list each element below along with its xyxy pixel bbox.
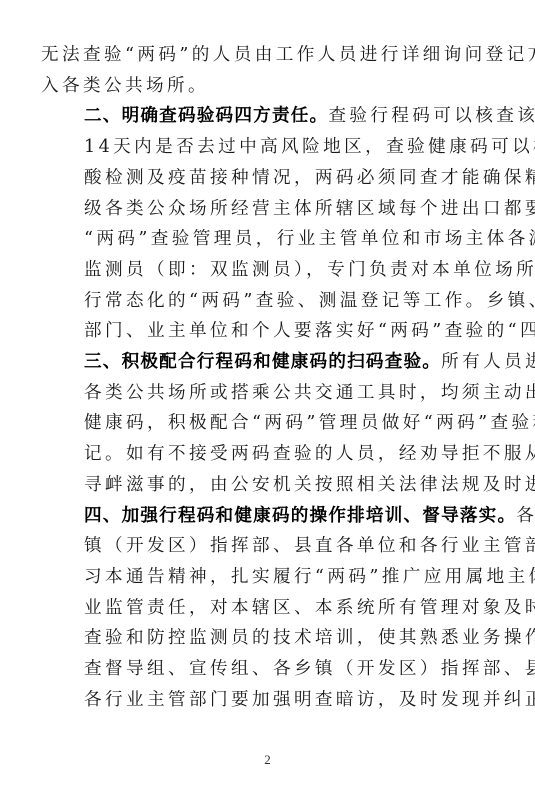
text-line: 监测员（即：双监测员），专门负责对本单位场所进入人员进: [41, 255, 492, 286]
paragraph-section-2: 二、明确查码验码四方责任。查验行程码可以核查该人员 14天内是否去过中高风险地区…: [41, 101, 492, 347]
text-line: 各行业主管部门要加强明查暗访，及时发现并纠正本辖区、本: [41, 685, 492, 716]
text-line: 健康码，积极配合“两码”管理员做好“两码”查验和测温登: [41, 408, 492, 439]
text-line: 查验行程码可以核查该人员: [328, 106, 535, 126]
paragraph-1-continuation: 无法查验“两码”的人员由工作人员进行详细询问登记方可进 入各类公共场所。: [41, 40, 492, 101]
text-line: 14天内是否去过中高风险地区，查验健康码可以核查该人员核: [41, 132, 492, 163]
text-line: 各类公共场所或搭乘公共交通工具时，均须主动出示行程码和: [41, 378, 492, 409]
text-line: 部门、业主单位和个人要落实好“两码”查验的“四方责任”。: [41, 316, 492, 347]
text-line: 记。如有不接受两码查验的人员，经劝导拒不服从管理的，或: [41, 439, 492, 470]
paragraph-section-4: 四、加强行程码和健康码的操作排培训、督导落实。各乡 镇（开发区）指挥部、县直各单…: [41, 501, 492, 716]
text-line: 查督导组、宣传组、各乡镇（开发区）指挥部、县直各单位和: [41, 654, 492, 685]
paragraph-section-3: 三、积极配合行程码和健康码的扫码查验。所有人员进入 各类公共场所或搭乘公共交通工…: [41, 347, 492, 501]
section-heading-3: 三、积极配合行程码和健康码的扫码查验。: [84, 352, 441, 372]
text-line: 习本通告精神，扎实履行“两码”推广应用属地主体责任和行: [41, 562, 492, 593]
text-line: 查验和防控监测员的技术培训，使其熟悉业务操作。县防指督: [41, 623, 492, 654]
text-line: 级各类公众场所经营主体所辖区域每个进出口都要确定一名: [41, 194, 492, 225]
text-line: 行常态化的“两码”查验、测温登记等工作。乡镇、行业主管: [41, 286, 492, 317]
text-line: 酸检测及疫苗接种情况，两码必须同查才能确保精准防控。各: [41, 163, 492, 194]
text-line: 业监管责任，对本辖区、本系统所有管理对象及时进行“两码”: [41, 593, 492, 624]
text-line: “两码”查验管理员，行业主管单位和市场主体各派一名防控: [41, 224, 492, 255]
text-line: 各乡: [516, 506, 535, 526]
document-page: 无法查验“两码”的人员由工作人员进行详细询问登记方可进 入各类公共场所。 二、明…: [0, 0, 535, 791]
text-line: 所有人员进入: [441, 352, 535, 372]
document-body: 无法查验“两码”的人员由工作人员进行详细询问登记方可进 入各类公共场所。 二、明…: [41, 40, 492, 715]
text-line: 寻衅滋事的，由公安机关按照相关法律法规及时进行处置。: [41, 470, 492, 501]
text-line: 无法查验“两码”的人员由工作人员进行详细询问登记方可进: [41, 40, 492, 71]
section-heading-2: 二、明确查码验码四方责任。: [84, 106, 328, 126]
text-line: 镇（开发区）指挥部、县直各单位和各行业主管部门要认真学: [41, 531, 492, 562]
section-heading-4: 四、加强行程码和健康码的操作排培训、督导落实。: [84, 506, 516, 526]
text-line: 入各类公共场所。: [41, 71, 492, 102]
page-number: 2: [0, 752, 535, 768]
